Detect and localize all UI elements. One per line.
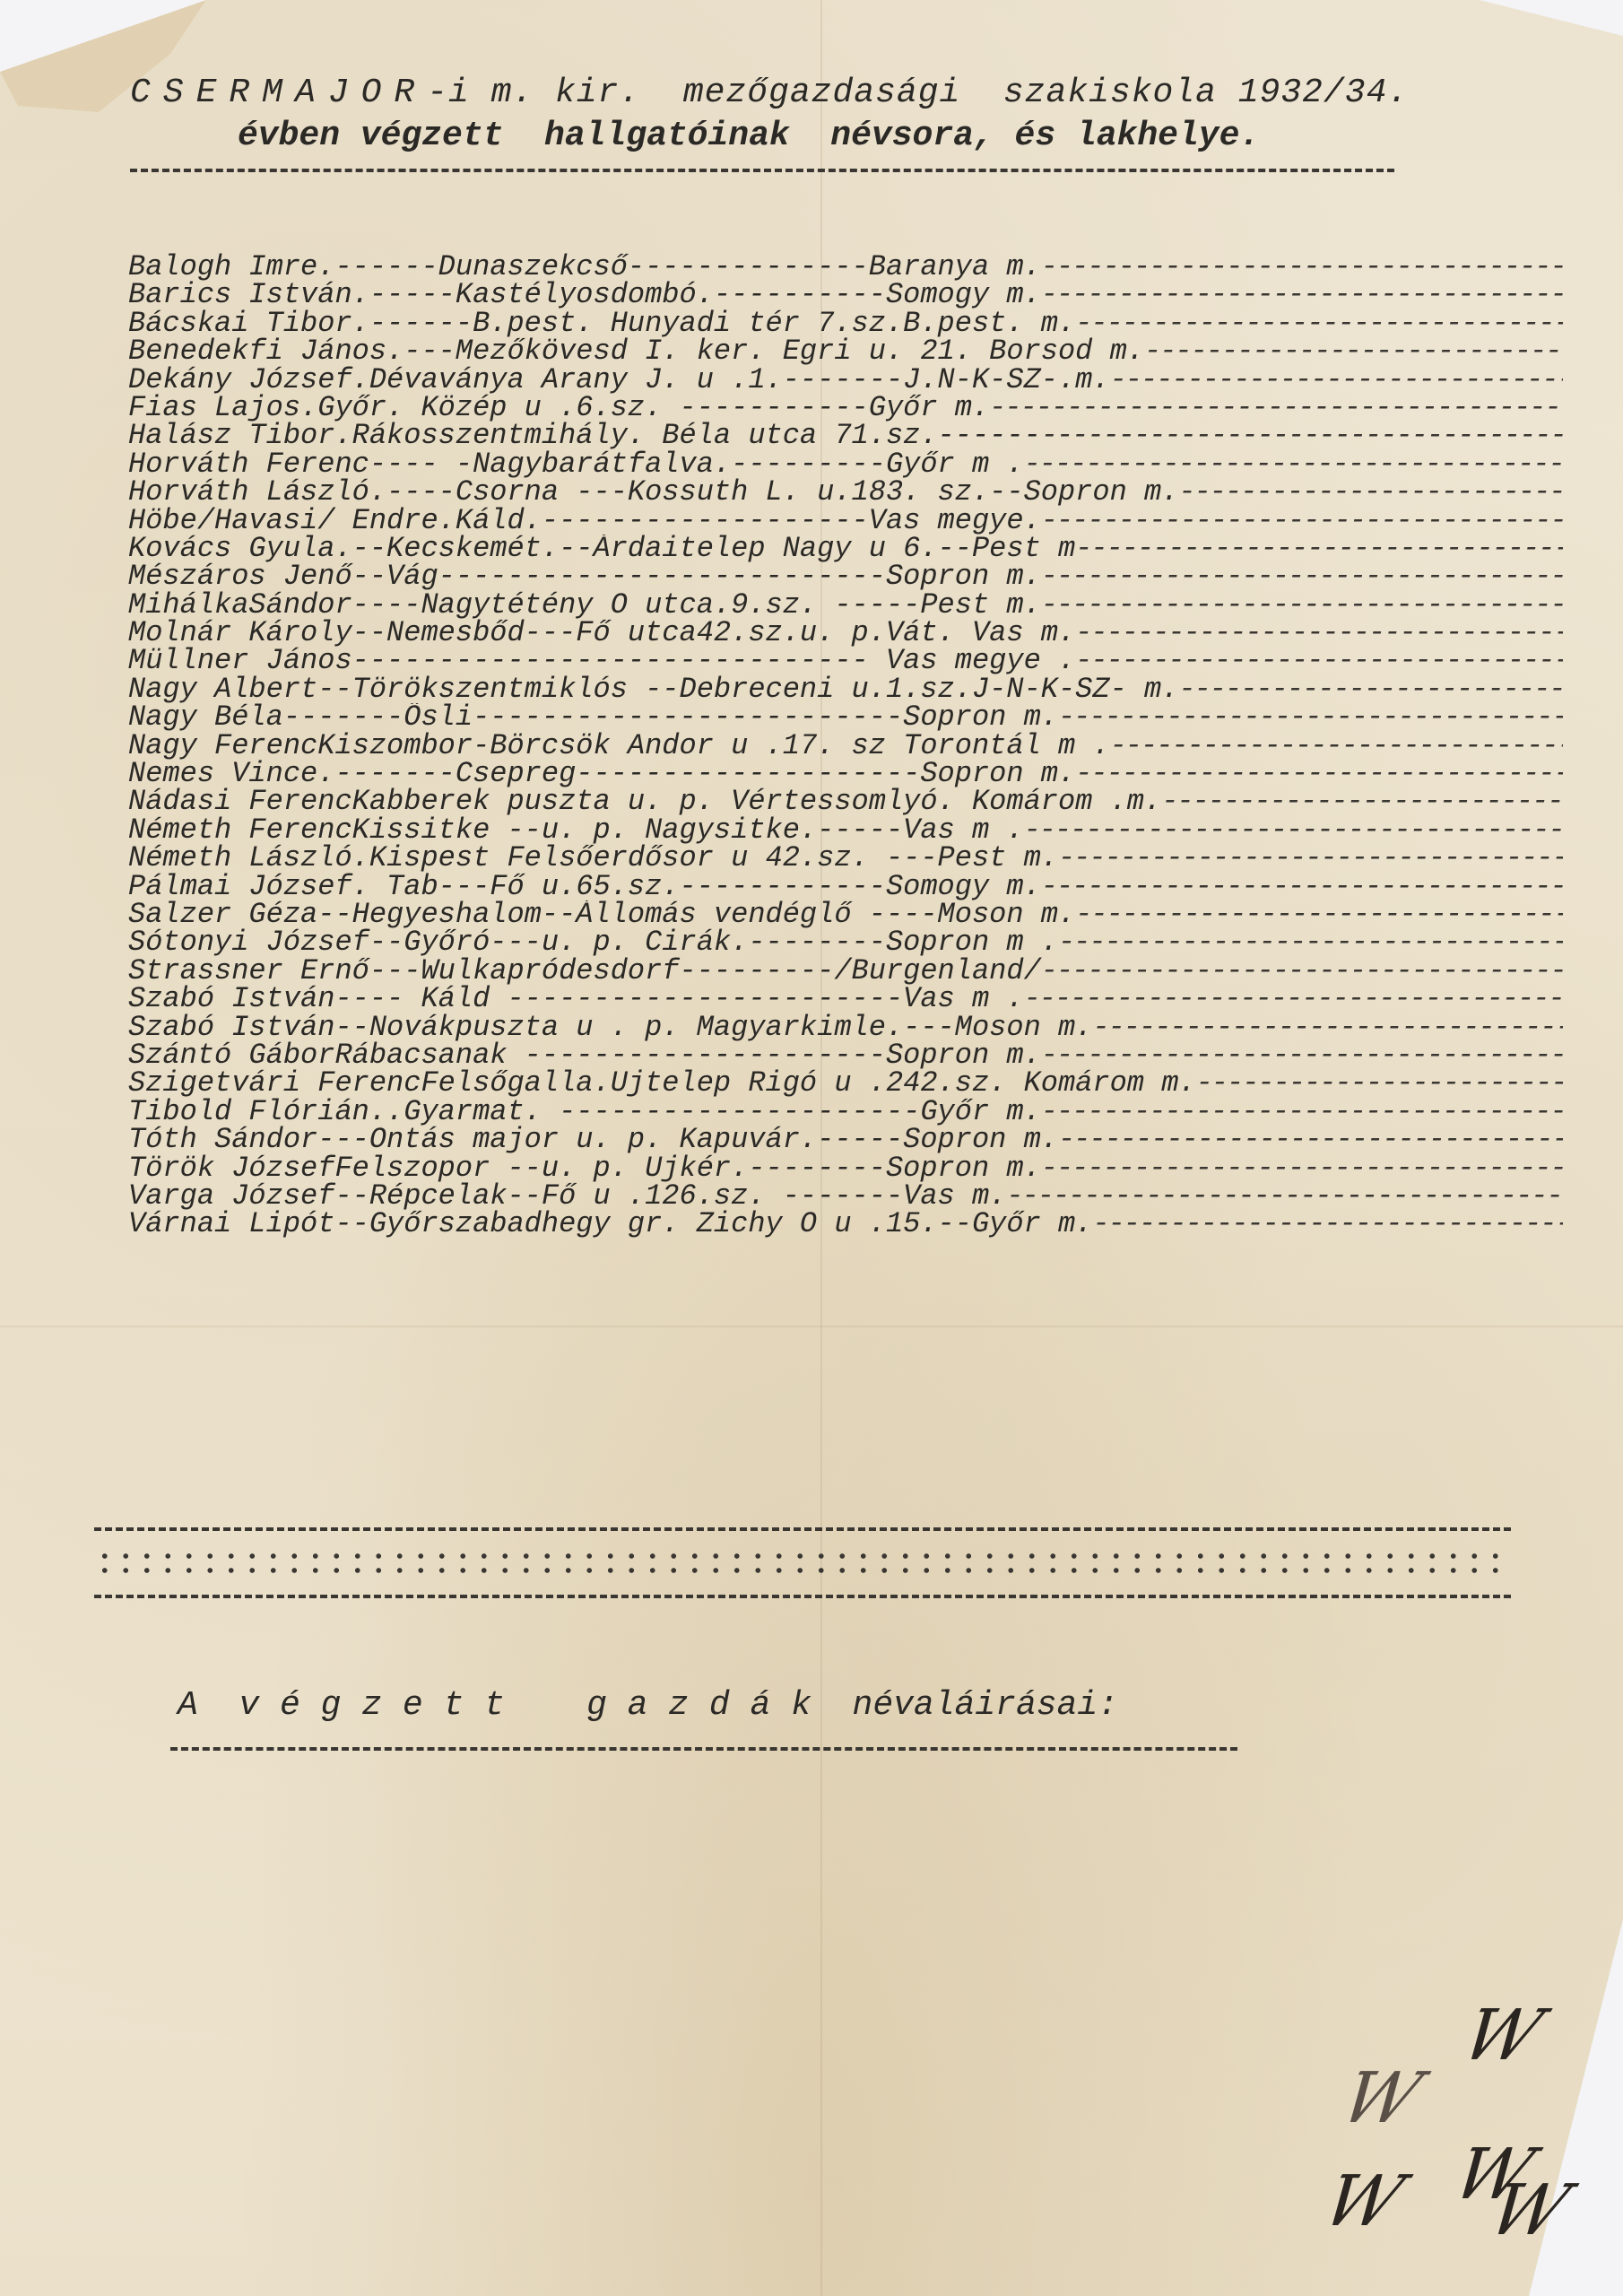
student-name: Kovács Gyula. <box>128 535 352 562</box>
student-address: --Nemesbőd---Fő utca42.sz.u. p.Vát. Vas … <box>352 619 1076 647</box>
student-address: -------Ősli-------------------------Sopr… <box>283 703 1058 731</box>
student-row: MihálkaSándor ----Nagytétény O utca.9.sz… <box>128 591 1563 619</box>
school-name: CSERMAJOR <box>130 74 427 112</box>
student-name: Pálmai József <box>128 873 352 900</box>
student-row: Németh Ferenc Kissitke --u. p. Nagysitke… <box>128 816 1563 844</box>
student-row: Horváth László.----Csorna ---Kossuth L. … <box>128 478 1563 506</box>
student-name: Nagy Béla <box>128 703 283 731</box>
student-name: Németh Ferenc <box>128 816 352 844</box>
signatures-label: A v é g z e t t g a z d á k névaláirásai… <box>178 1686 1118 1725</box>
student-name: Várnai Lipót <box>128 1210 334 1238</box>
student-name: Horváth László. <box>128 478 386 506</box>
student-row: Strassner Ernő ---Wulkapródesdorf-------… <box>128 957 1563 985</box>
student-address: . Tab---Fő u.65.sz.------------Somogy m. <box>352 873 1041 900</box>
student-address: ------B.pest. Hunyadi tér 7.sz.B.pest. m… <box>369 309 1075 337</box>
student-row: Tóth Sándor ---Ontás major u. p. Kapuvár… <box>128 1126 1563 1153</box>
dash-filler: ----------------------------------------… <box>1092 1210 1563 1238</box>
student-row: Németh László. Kispest Felsőerdősor u 42… <box>128 844 1563 872</box>
student-row: Halász Tibor .Rákosszentmihály. Béla utc… <box>128 422 1563 449</box>
student-name: Szántó Gábor <box>128 1041 334 1069</box>
student-name: Müllner János <box>128 647 352 674</box>
student-name: Szabó István <box>128 1013 334 1041</box>
student-address: Győr. Közép u .6.sz. -----------Győr m. <box>317 394 989 422</box>
dash-filler: ----------------------------------------… <box>1041 1154 1563 1182</box>
student-name: Molnár Károly <box>128 619 352 647</box>
student-address: .Rákosszentmihály. Béla utca 71.sz.-----… <box>334 422 1040 449</box>
dash-filler: ----------------------------------------… <box>1041 1041 1563 1069</box>
student-name: Höbe/Havasi/ Endre. <box>128 507 456 535</box>
dash-filler: ----------------------------------------… <box>1110 732 1563 760</box>
student-name: Salzer Géza <box>128 900 317 928</box>
dash-filler: ----------------------------------------… <box>1178 675 1563 703</box>
student-row: Nagy Béla -------Ősli-------------------… <box>128 703 1563 731</box>
student-name: Mészáros Jenő <box>128 562 352 590</box>
student-row: Höbe/Havasi/ Endre. Káld.---------------… <box>128 507 1563 535</box>
dash-filler: ----------------------------------------… <box>1006 1182 1563 1210</box>
student-name: Tibold Flórián.. <box>128 1098 404 1126</box>
student-row: Barics István.-----Kastélyosdombó.------… <box>128 281 1563 309</box>
student-row: Pálmai József . Tab---Fő u.65.sz.-------… <box>128 873 1563 900</box>
student-address: Felszopor --u. p. Ujkér.--------Sopron m… <box>334 1154 1040 1182</box>
student-address: ------------------------------ Vas megye… <box>352 647 1076 674</box>
student-address: --Vág--------------------------Sopron m. <box>352 562 1041 590</box>
student-address: Káld.-------------------Vas megye. <box>456 507 1041 535</box>
dash-filler: ----------------------------------------… <box>1075 760 1563 787</box>
dash-filler: ----------------------------------------… <box>1041 422 1563 449</box>
dash-filler: ----------------------------------------… <box>1092 1013 1563 1041</box>
student-row: Szántó Gábor Rábacsanak ----------------… <box>128 1041 1563 1069</box>
student-list: Balogh Imre.------Dunaszekcső-----------… <box>128 253 1563 1239</box>
dash-filler: ----------------------------------------… <box>1041 253 1563 281</box>
student-name: Sótonyi József <box>128 928 369 956</box>
dash-filler: ----------------------------------------… <box>1041 562 1563 590</box>
student-row: Salzer Géza --Hegyeshalom--Állomás vendé… <box>128 900 1563 928</box>
document-title: CSERMAJOR-i m. kir. mezőgazdasági szakis… <box>130 74 1409 112</box>
student-row: Varga József --Répcelak--Fő u .126.sz. -… <box>128 1182 1563 1210</box>
student-address: ---- -Nagybarátfalva.---------Győr m . <box>369 450 1024 478</box>
student-address: Kispest Felsőerdősor u 42.sz. ---Pest m. <box>369 844 1058 872</box>
student-row: Mészáros Jenő --Vág---------------------… <box>128 562 1563 590</box>
student-row: Szigetvári Ferenc Felsőgalla.Ujtelep Rig… <box>128 1069 1563 1097</box>
student-name: Nemes Vince. <box>128 760 334 787</box>
dash-filler: ----------------------------------------… <box>1041 873 1563 900</box>
student-row: Török József Felszopor --u. p. Ujkér.---… <box>128 1154 1563 1182</box>
student-name: Török József <box>128 1154 334 1182</box>
dash-filler: ----------------------------------------… <box>1075 647 1563 674</box>
dash-filler: ----------------------------------------… <box>1024 450 1563 478</box>
student-row: Szabó István --Novákpuszta u . p. Magyar… <box>128 1013 1563 1041</box>
dash-filler: ----------------------------------------… <box>1024 985 1563 1013</box>
fold-crease-horizontal <box>0 1326 1623 1327</box>
student-name: Varga József <box>128 1182 334 1210</box>
student-address: --Győrszabadhegy gr. Zichy O u .15.--Győ… <box>334 1210 1092 1238</box>
student-address: Rábacsanak ---------------------Sopron m… <box>334 1041 1040 1069</box>
student-address: Kissitke --u. p. Nagysitke.-----Vas m . <box>352 816 1024 844</box>
student-row: Nagy Albert --Törökszentmiklós --Debrece… <box>128 675 1563 703</box>
student-row: Szabó István ---- Káld -----------------… <box>128 985 1563 1013</box>
student-row: Várnai Lipót --Győrszabadhegy gr. Zichy … <box>128 1210 1563 1238</box>
student-name: Barics István. <box>128 281 369 309</box>
student-address: ---- Káld -----------------------Vas m . <box>334 985 1023 1013</box>
student-name: Benedekfi János. <box>128 337 404 365</box>
student-address: -----Kastélyosdombó.----------Somogy m. <box>369 281 1041 309</box>
student-name: Nagy Albert <box>128 675 317 703</box>
dash-filler: ----------------------------------------… <box>1024 816 1563 844</box>
student-name: Nagy Ferenc <box>128 732 317 760</box>
student-address: -------Csepreg--------------------Sopron… <box>334 760 1075 787</box>
student-address: Kabberek puszta u. p. Vértessomlyó. Komá… <box>352 787 1162 815</box>
student-name: Bácskai Tibor. <box>128 309 369 337</box>
student-row: Bácskai Tibor.------B.pest. Hunyadi tér … <box>128 309 1563 337</box>
dash-filler: ----------------------------------------… <box>1196 1069 1563 1097</box>
student-address: ---Ontás major u. p. Kapuvár.-----Sopron… <box>317 1126 1058 1153</box>
student-name: Németh László. <box>128 844 369 872</box>
student-address: Dévaványa Arany J. u .1.-------J.N-K-SZ-… <box>369 366 1110 394</box>
dash-filler: ----------------------------------------… <box>1041 1098 1563 1126</box>
separator-dashes-bottom <box>94 1595 1511 1598</box>
student-row: Nemes Vince.-------Csepreg--------------… <box>128 760 1563 787</box>
title-underline <box>130 169 1394 172</box>
dash-filler: ----------------------------------------… <box>1041 281 1563 309</box>
student-name: Horváth Ferenc <box>128 450 369 478</box>
student-name: Nádasi Ferenc <box>128 787 352 815</box>
dash-filler: ----------------------------------------… <box>1041 591 1563 619</box>
dash-filler: ----------------------------------------… <box>1144 337 1563 365</box>
student-row: Horváth Ferenc ---- -Nagybarátfalva.----… <box>128 450 1563 478</box>
student-row: Müllner János --------------------------… <box>128 647 1563 674</box>
student-row: Fias Lajos. Győr. Közép u .6.sz. -------… <box>128 394 1563 422</box>
dash-filler: ----------------------------------------… <box>989 394 1563 422</box>
dash-filler: ----------------------------------------… <box>1041 957 1563 985</box>
dash-filler: ----------------------------------------… <box>1075 900 1563 928</box>
student-name: Halász Tibor <box>128 422 334 449</box>
student-row: Nagy Ferenc Kiszombor-Börcsök Andor u .1… <box>128 732 1563 760</box>
signatures-label-underline <box>170 1747 1237 1751</box>
dash-filler: ----------------------------------------… <box>1058 928 1563 956</box>
dash-filler: ----------------------------------------… <box>1178 478 1563 506</box>
student-address: --Hegyeshalom--Állomás vendéglő ----Moso… <box>317 900 1075 928</box>
student-row: Tibold Flórián.. Gyarmat. --------------… <box>128 1098 1563 1126</box>
student-address: --Kecskemét.--Árdaitelep Nagy u 6.--Pest… <box>352 535 1076 562</box>
separator-dots-2 <box>94 1566 1511 1575</box>
document-subtitle: évben végzett hallgatóinak névsora, és l… <box>238 117 1260 155</box>
student-row: Sótonyi József --Győró---u. p. Cirák.---… <box>128 928 1563 956</box>
student-row: Molnár Károly --Nemesbőd---Fő utca42.sz.… <box>128 619 1563 647</box>
student-address: Gyarmat. ---------------------Győr m. <box>404 1098 1041 1126</box>
student-address: --Répcelak--Fő u .126.sz. -------Vas m. <box>334 1182 1006 1210</box>
student-row: Nádasi Ferenc Kabberek puszta u. p. Vért… <box>128 787 1563 815</box>
student-address: ------Dunaszekcső--------------Baranya m… <box>334 253 1040 281</box>
dash-filler: ----------------------------------------… <box>1110 366 1563 394</box>
student-name: Tóth Sándor <box>128 1126 317 1153</box>
dash-filler: ----------------------------------------… <box>1058 703 1563 731</box>
student-address: --Novákpuszta u . p. Magyarkimle.---Moso… <box>334 1013 1092 1041</box>
student-address: --Győró---u. p. Cirák.--------Sopron m . <box>369 928 1058 956</box>
separator-dashes-top <box>94 1527 1511 1531</box>
student-name: MihálkaSándor <box>128 591 352 619</box>
student-name: Szabó István <box>128 985 334 1013</box>
student-name: Szigetvári Ferenc <box>128 1069 421 1097</box>
student-address: Felsőgalla.Ujtelep Rigó u .242.sz. Komár… <box>421 1069 1195 1097</box>
student-name: Strassner Ernő <box>128 957 369 985</box>
student-address: ----Csorna ---Kossuth L. u.183. sz.--Sop… <box>386 478 1178 506</box>
student-address: --Törökszentmiklós --Debreceni u.1.sz.J-… <box>317 675 1178 703</box>
student-name: Dekány József. <box>128 366 369 394</box>
student-name: Balogh Imre. <box>128 253 334 281</box>
student-row: Balogh Imre.------Dunaszekcső-----------… <box>128 253 1563 281</box>
dash-filler: ----------------------------------------… <box>1075 619 1563 647</box>
dash-filler: ----------------------------------------… <box>1161 787 1563 815</box>
student-row: Dekány József. Dévaványa Arany J. u .1.-… <box>128 366 1563 394</box>
separator-dots-1 <box>94 1552 1511 1561</box>
student-address: ---Wulkapródesdorf---------/Burgenland/ <box>369 957 1041 985</box>
dash-filler: ----------------------------------------… <box>1041 507 1563 535</box>
student-address: Kiszombor-Börcsök Andor u .17. sz Toront… <box>317 732 1109 760</box>
student-row: Kovács Gyula.--Kecskemét.--Árdaitelep Na… <box>128 535 1563 562</box>
student-name: Fias Lajos. <box>128 394 317 422</box>
student-address: ----Nagytétény O utca.9.sz. -----Pest m. <box>352 591 1041 619</box>
dash-filler: ----------------------------------------… <box>1075 309 1563 337</box>
student-row: Benedekfi János.---Mezőkövesd I. ker. Eg… <box>128 337 1563 365</box>
dash-filler: ----------------------------------------… <box>1058 844 1563 872</box>
dash-filler: ----------------------------------------… <box>1058 1126 1563 1153</box>
student-address: ---Mezőkövesd I. ker. Egri u. 21. Borsod… <box>404 337 1144 365</box>
dash-filler: ----------------------------------------… <box>1075 535 1563 562</box>
title-rest: -i m. kir. mezőgazdasági szakiskola 1932… <box>427 74 1409 112</box>
